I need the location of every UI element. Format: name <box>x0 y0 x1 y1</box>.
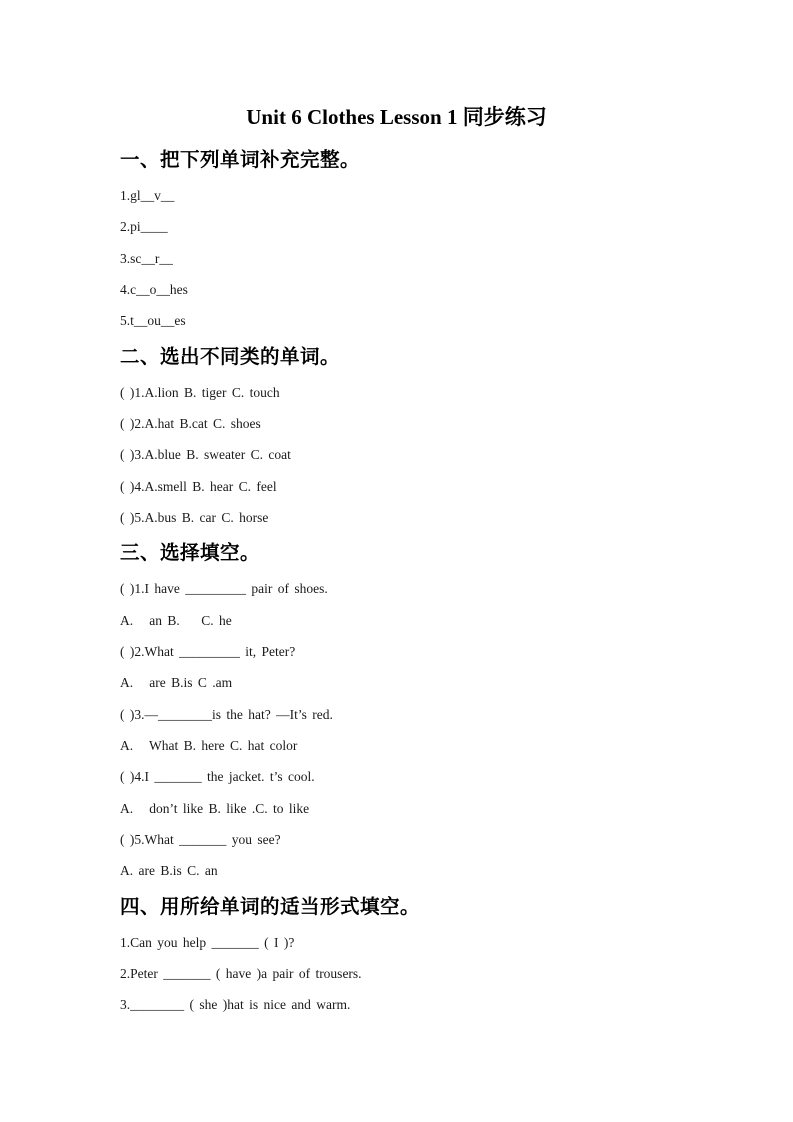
section-heading-4: 四、用所给单词的适当形式填空。 <box>120 887 673 927</box>
exercise-line: ( )1.A.lion B. tiger C. touch <box>120 377 673 408</box>
exercise-line: ( )3.A.blue B. sweater C. coat <box>120 439 673 470</box>
choice-options-line: A. What B. here C. hat color <box>120 730 673 761</box>
exercise-line: 3.________ ( she )hat is nice and warm. <box>120 989 673 1020</box>
exercise-line: 2.pi____ <box>120 211 673 242</box>
exercise-line: 4.c__o__hes <box>120 274 673 305</box>
exercise-line: ( )2.A.hat B.cat C. shoes <box>120 408 673 439</box>
choice-options-line: A. are B.is C .am <box>120 667 673 698</box>
choice-options-line: A. are B.is C. an <box>120 855 673 886</box>
worksheet-page: Unit 6 Clothes Lesson 1 同步练习 一、把下列单词补充完整… <box>0 0 793 1122</box>
exercise-line: 1.Can you help _______ ( I )? <box>120 927 673 958</box>
exercise-line: ( )1.I have _________ pair of shoes. <box>120 573 673 604</box>
section-heading-2: 二、选出不同类的单词。 <box>120 337 673 377</box>
section-heading-3: 三、选择填空。 <box>120 533 673 573</box>
choice-options-line: A. don’t like B. like .C. to like <box>120 793 673 824</box>
section-heading-1: 一、把下列单词补充完整。 <box>120 140 673 180</box>
exercise-line: ( )5.A.bus B. car C. horse <box>120 502 673 533</box>
section-multiple-choice: 三、选择填空。 ( )1.I have _________ pair of sh… <box>120 533 673 886</box>
exercise-line: ( )4.I _______ the jacket. t’s cool. <box>120 761 673 792</box>
choice-options-line: A. an B. C. he <box>120 605 673 636</box>
exercise-line: 2.Peter _______ ( have )a pair of trouse… <box>120 958 673 989</box>
exercise-line: ( )4.A.smell B. hear C. feel <box>120 471 673 502</box>
exercise-line: 3.sc__r__ <box>120 243 673 274</box>
section-odd-one-out: 二、选出不同类的单词。 ( )1.A.lion B. tiger C. touc… <box>120 337 673 534</box>
exercise-line: ( )5.What _______ you see? <box>120 824 673 855</box>
exercise-line: 5.t__ou__es <box>120 305 673 336</box>
page-title: Unit 6 Clothes Lesson 1 同步练习 <box>120 94 673 140</box>
exercise-line: ( )3.—________is the hat? —It’s red. <box>120 699 673 730</box>
exercise-line: 1.gl__v__ <box>120 180 673 211</box>
section-complete-words: 一、把下列单词补充完整。 1.gl__v__ 2.pi____ 3.sc__r_… <box>120 140 673 337</box>
exercise-line: ( )2.What _________ it, Peter? <box>120 636 673 667</box>
section-proper-form: 四、用所给单词的适当形式填空。 1.Can you help _______ (… <box>120 887 673 1021</box>
